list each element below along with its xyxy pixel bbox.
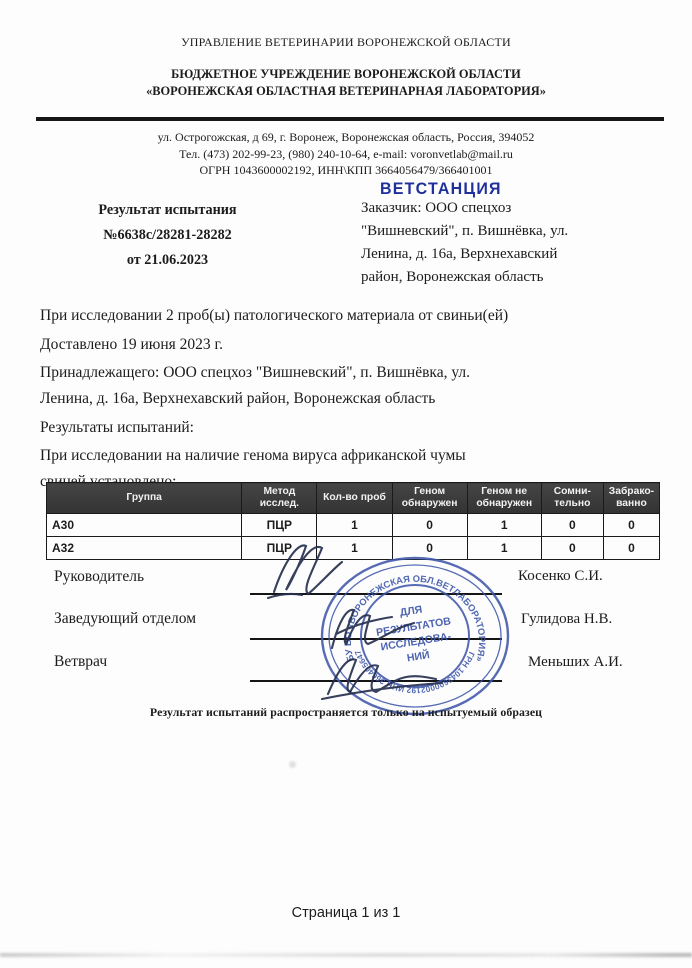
customer-line: Ленина, д. 16а, Верхнехавский <box>361 243 661 266</box>
table-header-row: Группа Метод исслед. Кол-во проб Геном о… <box>47 483 660 514</box>
result-title: Результат испытания <box>55 198 280 223</box>
table-cell: 0 <box>603 514 659 537</box>
paragraph-delivered: Доставлено 19 июня 2023 г. <box>40 332 672 358</box>
signature-scribble-director <box>274 545 342 594</box>
handwritten-signatures-overlay <box>240 528 530 718</box>
table-cell: 0 <box>603 537 659 560</box>
scan-artifact-dot <box>289 761 296 768</box>
organization-name-line2: «ВОРОНЕЖСКАЯ ОБЛАСТНАЯ ВЕТЕРИНАРНАЯ ЛАБО… <box>0 83 692 100</box>
organization-name-line1: БЮДЖЕТНОЕ УЧРЕЖДЕНИЕ ВОРОНЕЖСКОЙ ОБЛАСТИ <box>0 66 692 83</box>
table-cell: 0 <box>541 537 603 560</box>
signature-scribble-department-head <box>332 610 414 648</box>
result-number: №6638с/28281-28282 <box>55 223 280 248</box>
result-header-block: Результат испытания №6638с/28281-28282 о… <box>55 198 280 273</box>
result-date: от 21.06.2023 <box>55 248 280 273</box>
scan-artifact-bottom-edge <box>0 953 692 957</box>
paragraph-results-label: Результаты испытаний: <box>40 415 672 441</box>
table-header-group: Группа <box>47 483 242 514</box>
customer-line: "Вишневский", п. Вишнёвка, ул. <box>361 220 661 243</box>
paragraph-test-line1: При исследовании на наличие генома вирус… <box>40 443 672 469</box>
table-header-genome-not-detected: Геном не обнаружен <box>467 483 541 514</box>
paragraph-samples: При исследовании 2 проб(ы) патологическо… <box>40 303 672 329</box>
table-header-rejected: Забрако- ванно <box>603 483 659 514</box>
registration-line: ОГРН 1043600002192, ИНН\КПП 3664056479/3… <box>0 162 692 179</box>
address-line: ул. Острогожская, д 69, г. Воронеж, Воро… <box>0 129 692 146</box>
signature-scribble-director <box>268 594 302 598</box>
phone-email-line: Тел. (473) 202-99-23, (980) 240-10-64, e… <box>0 146 692 163</box>
signature-role-veterinarian: Ветврач <box>54 653 107 671</box>
customer-line: район, Воронежская область <box>361 266 661 289</box>
table-cell: А32 <box>47 537 242 560</box>
signature-role-director: Руководитель <box>54 568 144 586</box>
paragraph-owner: Принадлежащего: ООО спецхоз "Вишневский"… <box>40 360 672 412</box>
header-divider-rule <box>36 117 664 121</box>
table-header-doubtful: Сомни- тельно <box>541 483 603 514</box>
table-cell: 0 <box>541 514 603 537</box>
table-header-sample-count: Кол-во проб <box>317 483 392 514</box>
authority-name: УПРАВЛЕНИЕ ВЕТЕРИНАРИИ ВОРОНЕЖСКОЙ ОБЛАС… <box>0 35 692 50</box>
table-header-method: Метод исслед. <box>242 483 317 514</box>
contact-block: ул. Острогожская, д 69, г. Воронеж, Воро… <box>0 129 692 179</box>
signature-name-director: Косенко С.И. <box>518 568 603 585</box>
signature-scribble-department-head <box>336 617 392 634</box>
footer-note: Результат испытаний распространяется тол… <box>0 705 692 720</box>
signature-name-veterinarian: Меньших А.И. <box>528 654 623 671</box>
signature-role-department-head: Заведующий отделом <box>54 610 196 628</box>
table-header-genome-detected: Геном обнаружен <box>392 483 467 514</box>
customer-block: Заказчик: ООО спецхоз "Вишневский", п. В… <box>361 197 661 289</box>
customer-line: Заказчик: ООО спецхоз <box>361 197 661 220</box>
paragraph-owner-line2: Ленина, д. 16а, Верхнехавский район, Вор… <box>40 386 672 412</box>
signature-name-department-head: Гулидова Н.В. <box>521 611 612 628</box>
table-cell: А30 <box>47 514 242 537</box>
organization-name: БЮДЖЕТНОЕ УЧРЕЖДЕНИЕ ВОРОНЕЖСКОЙ ОБЛАСТИ… <box>0 66 692 99</box>
report-body: При исследовании 2 проб(ы) патологическо… <box>40 303 672 498</box>
scanned-lab-report-page: УПРАВЛЕНИЕ ВЕТЕРИНАРИИ ВОРОНЕЖСКОЙ ОБЛАС… <box>0 0 692 968</box>
signature-scribble-veterinarian <box>322 683 442 699</box>
page-indicator: Страница 1 из 1 <box>0 905 692 921</box>
paragraph-owner-line1: Принадлежащего: ООО спецхоз "Вишневский"… <box>40 360 672 386</box>
